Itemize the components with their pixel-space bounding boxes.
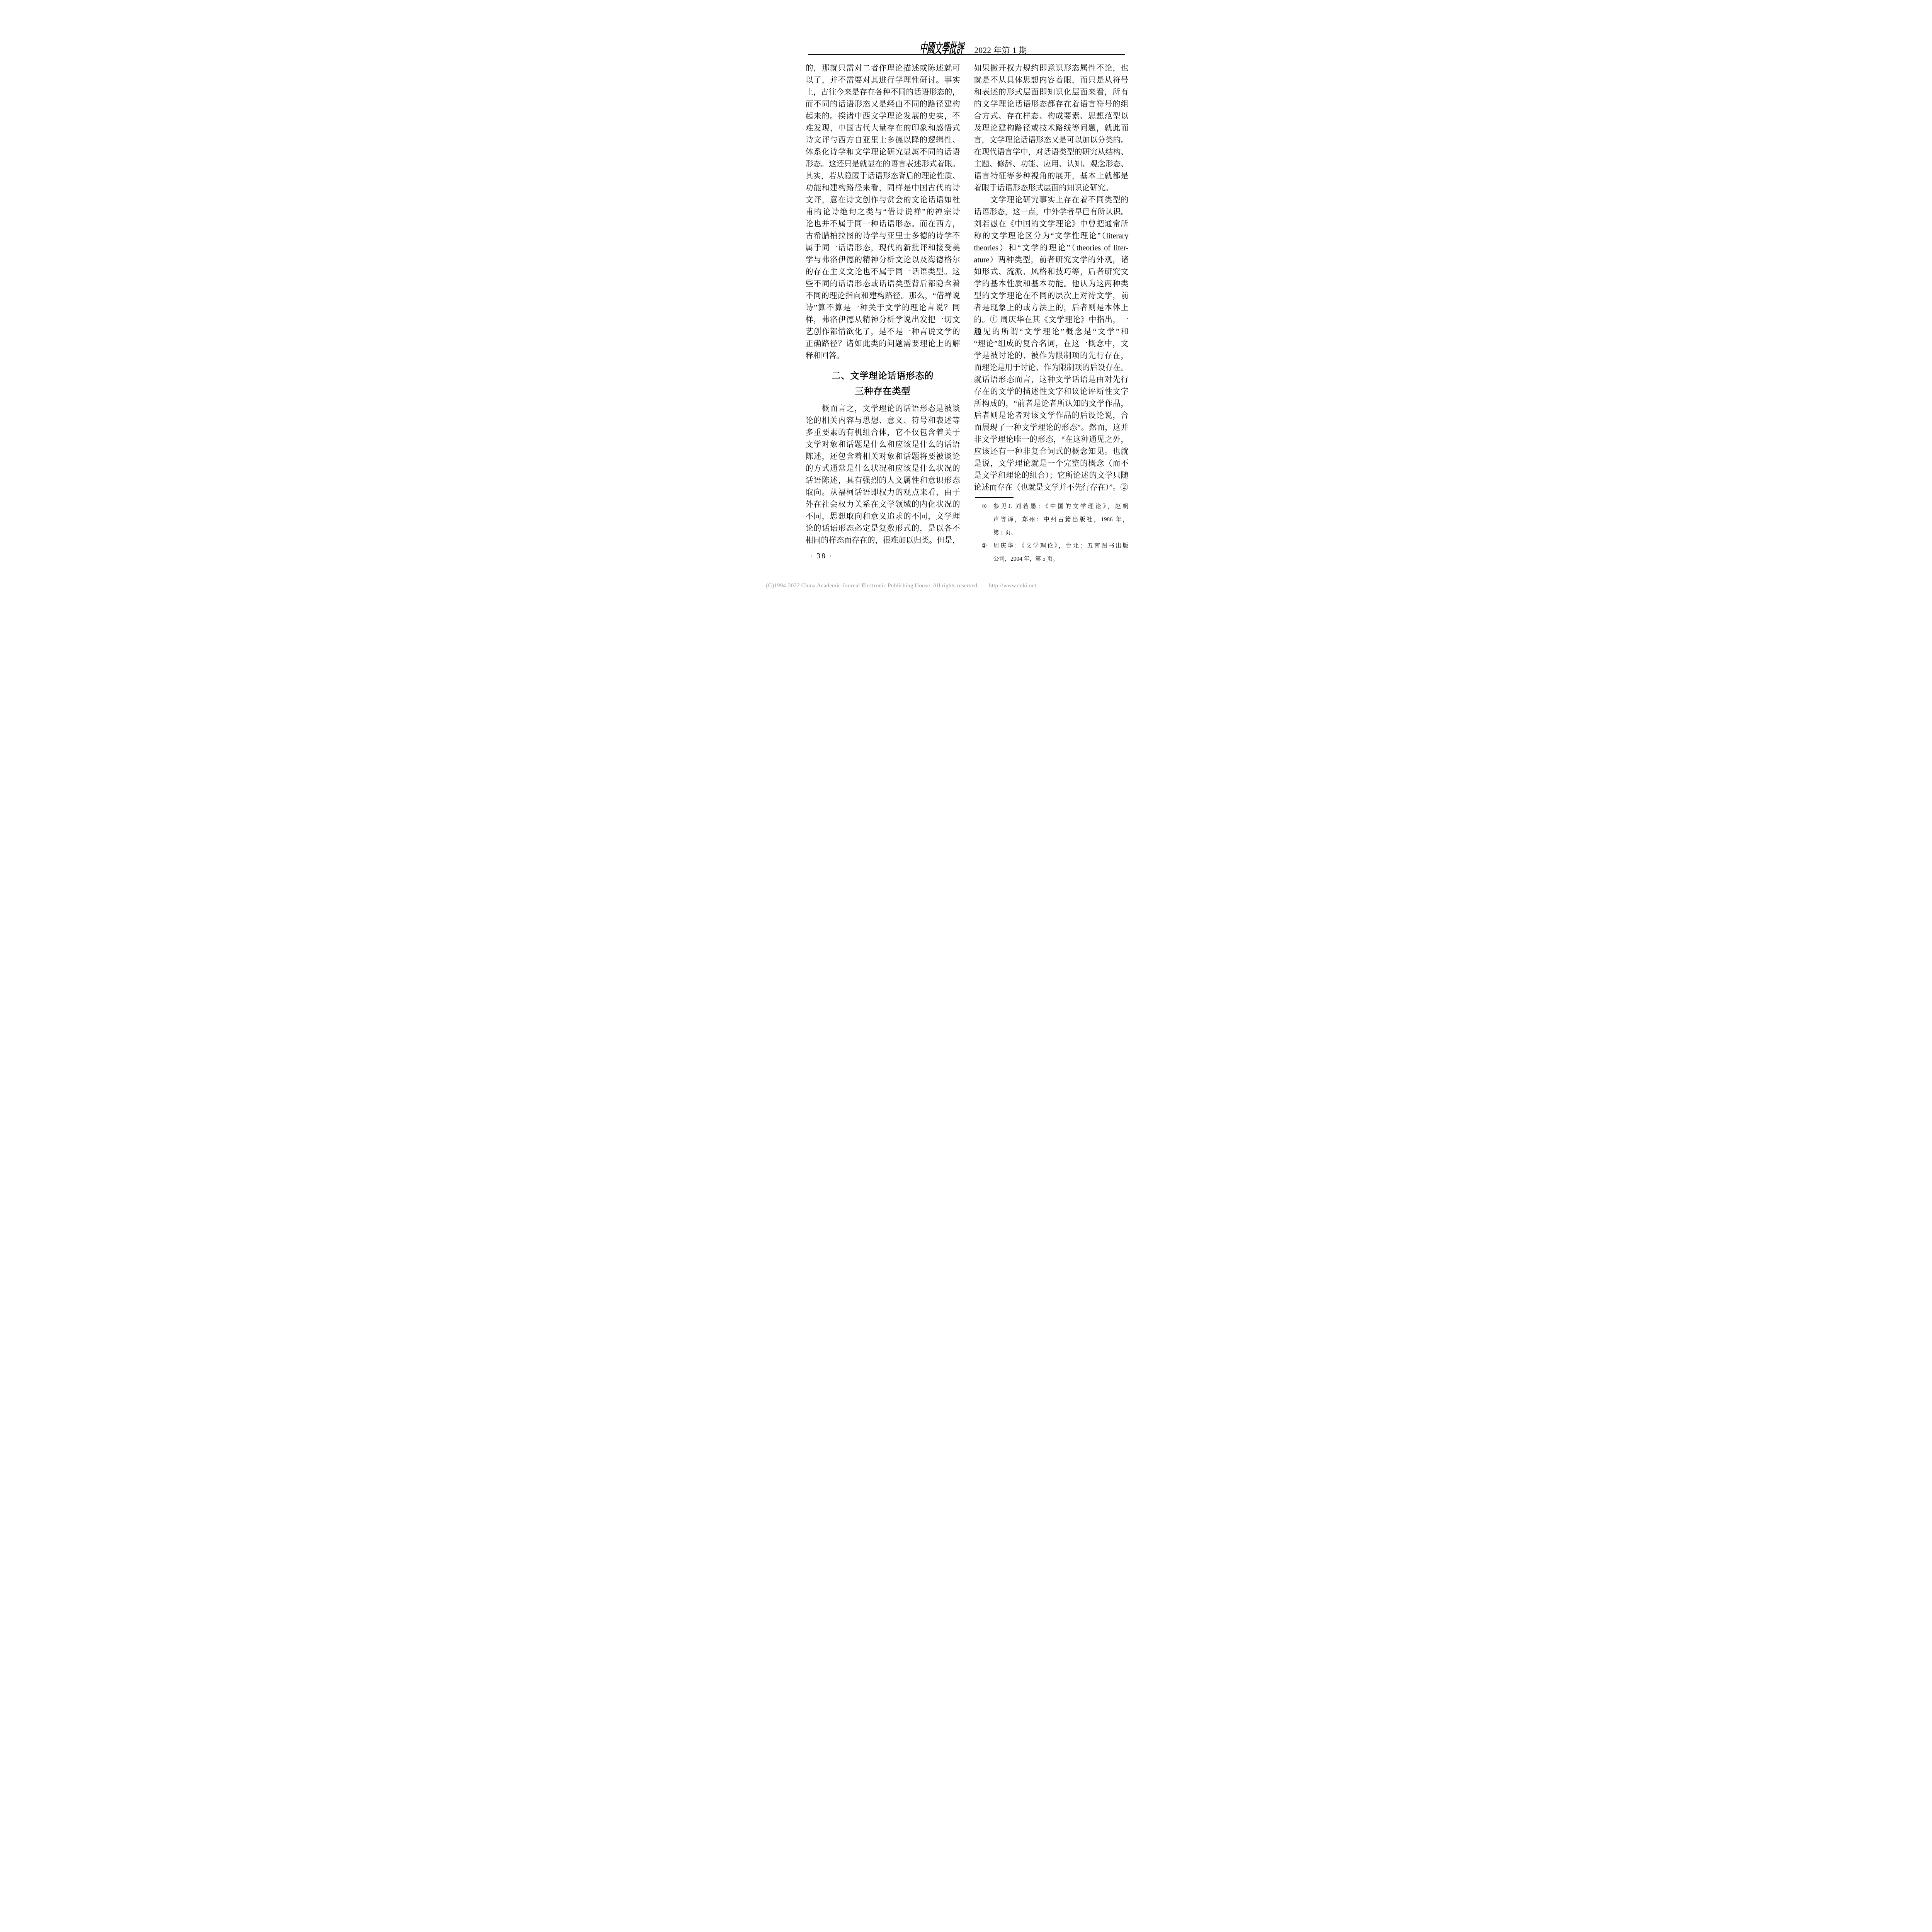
text-line: 如形式、流派、风格和技巧等，后者研究文 bbox=[974, 266, 1129, 278]
text-columns: 的，那就只需对二者作理论描述或陈述就可以了，并不需要对其进行学理性研讨。事实上，… bbox=[806, 63, 1129, 566]
footnote-marker: ② bbox=[982, 539, 993, 566]
text-line: 诗”算不算是一种关于文学的理论言说？同 bbox=[806, 302, 960, 314]
text-line: 的。① 周庆华在其《文学理论》中指出，一般 bbox=[974, 314, 1129, 326]
text-line: 者是现象上的或方法上的，后者则是本体上 bbox=[974, 302, 1129, 314]
text-line: 所构成的，“前者是论者所认知的文学作品， bbox=[974, 398, 1129, 410]
text-line: 起来的。揆诸中西文学理论发展的史实，不 bbox=[806, 111, 960, 122]
text-line: 不同的理论指向和建构路径。那么，“借禅说 bbox=[806, 290, 960, 302]
text-line: 非文学理论唯一的形态，“在这种通见之外， bbox=[974, 434, 1129, 446]
text-line: 外在社会权力关系在文学领域的内化状况的 bbox=[806, 499, 960, 511]
text-line: 公司，2004 年，第 5 页。 bbox=[993, 553, 1129, 566]
text-line: 形态。这还只是就显在的语言表述形式着眼。 bbox=[806, 158, 960, 170]
text-line: 就是不从具体思想内容着眼，而只是从符号 bbox=[974, 75, 1129, 87]
text-line: 的方式通常是什么状况和应该是什么状况的 bbox=[806, 463, 960, 475]
section-heading: 二、文学理论话语形态的 三种存在类型 bbox=[806, 368, 960, 399]
text-line: 型的文学理论在不同的层次上对待文学，前 bbox=[974, 290, 1129, 302]
text-line: 艺创作都情欲化了，是不是一种言说文学的 bbox=[806, 326, 960, 338]
text-line: 的文学理论话语形态都存在着语言符号的组 bbox=[974, 99, 1129, 111]
text-line: 文学对象和话题是什么和应该是什么的话语 bbox=[806, 439, 960, 451]
text-line: 学与弗洛伊德的精神分析文论以及海德格尔 bbox=[806, 254, 960, 266]
text-line: 通见的所谓“文学理论”概念是“文学”和 bbox=[974, 326, 1129, 338]
text-line: 周庆华：《文学理论》，台北：五南图书出版 bbox=[993, 539, 1129, 553]
text-line: 不同，思想取向和意义追求的不同，文学理 bbox=[806, 511, 960, 523]
paragraph: 概而言之，文学理论的话语形态是被谈论的相关内容与思想、意义、符号和表述等多重要素… bbox=[806, 403, 960, 547]
text-line: 文评，意在诗文创作与赏会的文论话语如杜 bbox=[806, 194, 960, 206]
text-line: 释和回答。 bbox=[806, 350, 960, 362]
text-line: 声等译，郑州：中州古籍出版社，1986 年， bbox=[993, 513, 1129, 526]
footnotes: ①参见J. 刘若愚：《中国的文学理论》，赵帆声等译，郑州：中州古籍出版社，198… bbox=[974, 500, 1129, 566]
text-line: 第 1 页。 bbox=[993, 526, 1129, 539]
paragraph: 文学理论研究事实上存在着不同类型的话语形态，这一点，中外学者早已有所认识。刘若愚… bbox=[974, 194, 1129, 494]
text-line: 其实，若从隐匿于话语形态背后的理论性质、 bbox=[806, 170, 960, 182]
text-line: 以了，并不需要对其进行学理性研讨。事实 bbox=[806, 75, 960, 87]
text-line: 论述而存在（也就是文学并不先行存在）”。② bbox=[974, 482, 1129, 494]
text-line: 属于同一话语形态，现代的新批评和接受美 bbox=[806, 242, 960, 254]
text-line: 话语陈述，具有强烈的人文属性和意识形态 bbox=[806, 475, 960, 487]
text-line: 难发现，中国古代大量存在的印象和感悟式 bbox=[806, 122, 960, 134]
text-line: 学的基本性质和基本功能。他认为这两种类 bbox=[974, 278, 1129, 290]
text-line: ature）两种类型，前者研究文学的外观，诸 bbox=[974, 254, 1129, 266]
footer: (C)1994-2022 China Academic Journal Elec… bbox=[766, 583, 1172, 589]
text-line: 和表述的形式层面即知识化层面来看，所有 bbox=[974, 87, 1129, 99]
text-line: 古希腊柏拉图的诗学与亚里士多德的诗学不 bbox=[806, 230, 960, 242]
text-line: 及理论建构路径或技术路线等问题，就此而 bbox=[974, 122, 1129, 134]
left-column: 的，那就只需对二者作理论描述或陈述就可以了，并不需要对其进行学理性研讨。事实上，… bbox=[806, 63, 960, 566]
text-line: 话语形态，这一点，中外学者早已有所认识。 bbox=[974, 206, 1129, 218]
section-heading-line2: 三种存在类型 bbox=[806, 384, 960, 399]
footnote: ②周庆华：《文学理论》，台北：五南图书出版公司，2004 年，第 5 页。 bbox=[974, 539, 1129, 566]
text-line: 就话语形态而言，这种文学话语是由对先行 bbox=[974, 374, 1129, 386]
copyright-text: (C)1994-2022 China Academic Journal Elec… bbox=[766, 583, 979, 589]
footnote-separator-rule bbox=[975, 497, 1014, 498]
footnote: ①参见J. 刘若愚：《中国的文学理论》，赵帆声等译，郑州：中州古籍出版社，198… bbox=[974, 500, 1129, 539]
text-line: 相同的样态而存在的，很难加以归类。但是， bbox=[806, 535, 960, 547]
text-line: 的，那就只需对二者作理论描述或陈述就可 bbox=[806, 63, 960, 75]
text-line: 上，古往今来是存在各种不同的话语形态的， bbox=[806, 87, 960, 99]
text-line: 陈述，还包含着相关对象和话题将要被谈论 bbox=[806, 451, 960, 463]
text-line: 参见J. 刘若愚：《中国的文学理论》，赵帆 bbox=[993, 500, 1129, 513]
text-line: 是说，文学理论就是一个完整的概念（而不 bbox=[974, 458, 1129, 470]
text-line: 论也并不属于同一种话语形态。而在西方， bbox=[806, 218, 960, 230]
text-line: “理论”组成的复合名词，在这一概念中，文 bbox=[974, 338, 1129, 350]
text-line: 而不同的话语形态又是经由不同的路径建构 bbox=[806, 99, 960, 111]
text-line: 体系化诗学和文学理论研究显属不同的话语 bbox=[806, 146, 960, 158]
text-line: 样，弗洛伊德从精神分析学说出发把一切文 bbox=[806, 314, 960, 326]
text-line: 诗文评与西方自亚里士多德以降的逻辑性、 bbox=[806, 134, 960, 146]
text-line: 在现代语言学中，对话语类型的研究从结构、 bbox=[974, 146, 1129, 158]
text-line: 而展现了一种文学理论的形态”。然而，这并 bbox=[974, 422, 1129, 434]
scanned-paper-page: 中國文學批評 2022 年第 1 期 的，那就只需对二者作理论描述或陈述就可以了… bbox=[752, 0, 1181, 607]
text-line: 着眼于话语形态形式层面的知识论研究。 bbox=[974, 182, 1129, 194]
text-line: 的存在主义文论也不属于同一话语类型。这 bbox=[806, 266, 960, 278]
cnki-url: http://www.cnki.net bbox=[989, 583, 1036, 589]
text-line: 如果撇开权力规约即意识形态属性不论，也 bbox=[974, 63, 1129, 75]
text-line: 存在的文学的描述性文字和议论评断性文字 bbox=[974, 386, 1129, 398]
right-column: 如果撇开权力规约即意识形态属性不论，也就是不从具体思想内容着眼，而只是从符号和表… bbox=[974, 63, 1129, 566]
text-line: 甫的论诗绝句之类与“借诗说禅”的禅宗诗 bbox=[806, 206, 960, 218]
footnote-marker: ① bbox=[982, 500, 993, 539]
text-line: 论的话语形态必定是复数形式的，是以各不 bbox=[806, 523, 960, 535]
text-line: 而理论是用于讨论、作为限制项的后设存在。 bbox=[974, 362, 1129, 374]
text-line: 正确路径？诸如此类的问题需要理论上的解 bbox=[806, 338, 960, 350]
footnote-text: 参见J. 刘若愚：《中国的文学理论》，赵帆声等译，郑州：中州古籍出版社，1986… bbox=[993, 500, 1129, 539]
text-line: 刘若愚在《中国的文学理论》中曾把通常所 bbox=[974, 218, 1129, 230]
text-line: 多重要素的有机组合体，它不仅包含着关于 bbox=[806, 427, 960, 439]
text-line: theories）和“文学的理论”（theories of liter- bbox=[974, 242, 1129, 254]
text-line: 合方式、存在样态、构成要素、思想范型以 bbox=[974, 111, 1129, 122]
text-line: 称的文学理论区分为“文学性理论”（literary bbox=[974, 230, 1129, 242]
text-line: 语言特征等多种视角的展开，基本上就都是 bbox=[974, 170, 1129, 182]
text-line: 应该还有一种非复合词式的概念知见。也就 bbox=[974, 446, 1129, 458]
text-line: 论的相关内容与思想、意义、符号和表述等 bbox=[806, 415, 960, 427]
text-line: 后者则是论者对该文学作品的后设论说，合 bbox=[974, 410, 1129, 422]
text-line: 功能和建构路径来看，同样是中国古代的诗 bbox=[806, 182, 960, 194]
text-line: 些不同的话语形态或话语类型背后都隐含着 bbox=[806, 278, 960, 290]
text-line: 概而言之，文学理论的话语形态是被谈 bbox=[806, 403, 960, 415]
header-rule bbox=[808, 54, 1125, 55]
section-heading-line1: 二、文学理论话语形态的 bbox=[806, 368, 960, 384]
text-line: 学是被讨论的、被作为限制项的先行存在， bbox=[974, 350, 1129, 362]
footnote-text: 周庆华：《文学理论》，台北：五南图书出版公司，2004 年，第 5 页。 bbox=[993, 539, 1129, 566]
text-line: 主题、修辞、功能、应用、认知、观念形态、 bbox=[974, 158, 1129, 170]
text-line: 取向。从福柯话语即权力的观点来看，由于 bbox=[806, 487, 960, 499]
text-line: 文学理论研究事实上存在着不同类型的 bbox=[974, 194, 1129, 206]
paragraph: 的，那就只需对二者作理论描述或陈述就可以了，并不需要对其进行学理性研讨。事实上，… bbox=[806, 63, 960, 362]
paragraph: 如果撇开权力规约即意识形态属性不论，也就是不从具体思想内容着眼，而只是从符号和表… bbox=[974, 63, 1129, 194]
page-number: · 38 · bbox=[810, 552, 960, 561]
text-line: 言，文学理论话语形态又是可以加以分类的。 bbox=[974, 134, 1129, 146]
text-line: 是文学和理论的组合）；它所论述的文学只随 bbox=[974, 470, 1129, 482]
